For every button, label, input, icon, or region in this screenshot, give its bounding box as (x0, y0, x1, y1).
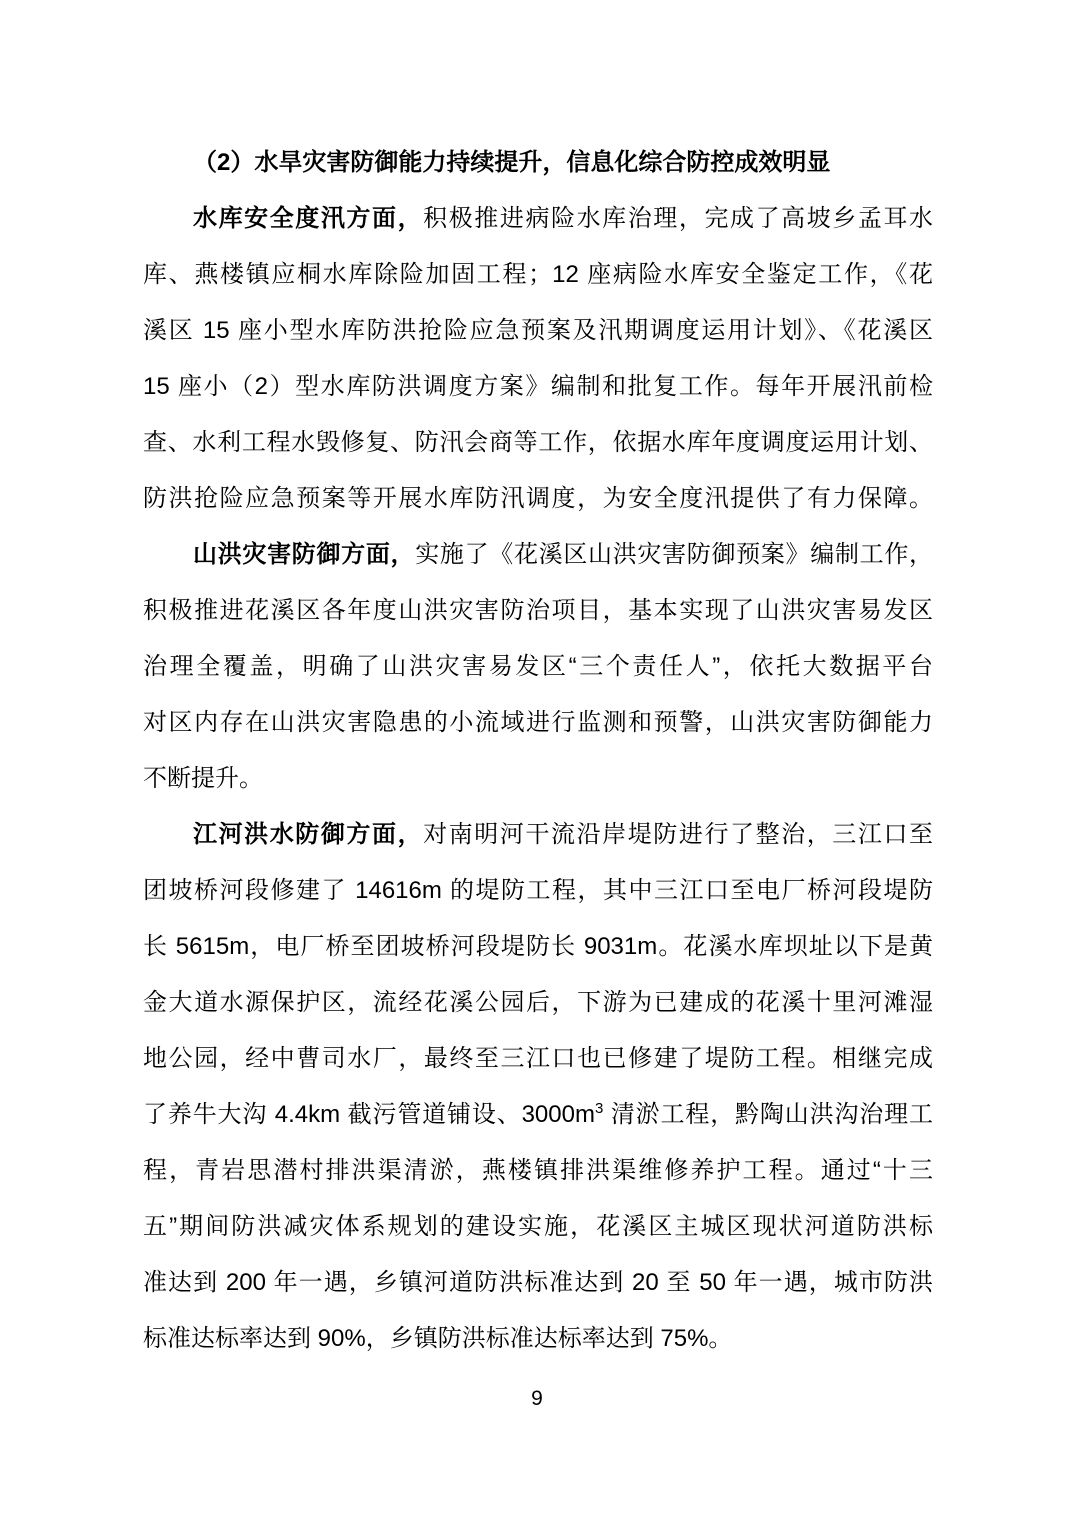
text-line: 不断提升。 (143, 751, 933, 807)
document-body: （2）水旱灾害防御能力持续提升，信息化综合防控成效明显水库安全度汛方面，积极推进… (143, 135, 933, 1367)
text-line: 山洪灾害防御方面，实施了《花溪区山洪灾害防御预案》编制工作， (143, 527, 933, 583)
text-segment: 了养牛大沟 4.4km 截污管道铺设、3000m (143, 1101, 595, 1128)
text-line: 金大道水源保护区，流经花溪公园后，下游为已建成的花溪十里河滩湿 (143, 975, 933, 1031)
text-line: 准达到 200 年一遇，乡镇河道防洪标准达到 20 至 50 年一遇，城市防洪 (143, 1255, 933, 1311)
text-line: 积极推进花溪区各年度山洪灾害防治项目，基本实现了山洪灾害易发区 (143, 583, 933, 639)
text-segment: 治理全覆盖，明确了山洪灾害易发区“三个责任人”，依托大数据平台 (143, 653, 933, 680)
text-segment: 库、燕楼镇应桐水库除险加固工程；12 座病险水库安全鉴定工作，《花 (143, 261, 933, 288)
text-segment: 团坡桥河段修建了 14616m 的堤防工程，其中三江口至电厂桥河段堤防 (143, 877, 933, 904)
text-line: 江河洪水防御方面，对南明河干流沿岸堤防进行了整治，三江口至 (143, 807, 933, 863)
text-line: 五”期间防洪减灾体系规划的建设实施，花溪区主城区现状河道防洪标 (143, 1199, 933, 1255)
text-segment: 溪区 15 座小型水库防洪抢险应急预案及汛期调度运用计划》、《花溪区 (143, 317, 933, 344)
document-page: （2）水旱灾害防御能力持续提升，信息化综合防控成效明显水库安全度汛方面，积极推进… (0, 0, 1074, 1520)
text-line: 了养牛大沟 4.4km 截污管道铺设、3000m3 清淤工程，黔陶山洪沟治理工 (143, 1087, 933, 1143)
bold-text-segment: 江河洪水防御方面， (193, 821, 423, 848)
text-segment: 15 座小（2）型水库防洪调度方案》编制和批复工作。每年开展汛前检 (143, 373, 933, 400)
text-line: 程，青岩思潜村排洪渠清淤，燕楼镇排洪渠维修养护工程。通过“十三 (143, 1143, 933, 1199)
text-line: 防洪抢险应急预案等开展水库防汛调度，为安全度汛提供了有力保障。 (143, 471, 933, 527)
text-line: 治理全覆盖，明确了山洪灾害易发区“三个责任人”，依托大数据平台 (143, 639, 933, 695)
paragraph-section-heading: （2）水旱灾害防御能力持续提升，信息化综合防控成效明显 (143, 135, 933, 191)
bold-text-segment: 水库安全度汛方面， (193, 205, 423, 232)
text-line: （2）水旱灾害防御能力持续提升，信息化综合防控成效明显 (143, 135, 933, 191)
page-number: 9 (0, 1384, 1074, 1414)
text-line: 溪区 15 座小型水库防洪抢险应急预案及汛期调度运用计划》、《花溪区 (143, 303, 933, 359)
text-segment: 积极推进病险水库治理，完成了高坡乡孟耳水 (423, 205, 933, 232)
bold-text-segment: （2）水旱灾害防御能力持续提升，信息化综合防控成效明显 (193, 149, 830, 176)
bold-text-segment: 山洪灾害防御方面， (193, 541, 415, 568)
text-segment: 实施了《花溪区山洪灾害防御预案》编制工作， (415, 541, 933, 568)
text-segment: 查、水利工程水毁修复、防汛会商等工作，依据水库年度调度运用计划、 (143, 429, 933, 456)
text-segment: 程，青岩思潜村排洪渠清淤，燕楼镇排洪渠维修养护工程。通过“十三 (143, 1157, 933, 1184)
text-line: 地公园，经中曹司水厂，最终至三江口也已修建了堤防工程。相继完成 (143, 1031, 933, 1087)
text-segment: 准达到 200 年一遇，乡镇河道防洪标准达到 20 至 50 年一遇，城市防洪 (143, 1269, 933, 1296)
paragraph-reservoir-flood-safety: 水库安全度汛方面，积极推进病险水库治理，完成了高坡乡孟耳水库、燕楼镇应桐水库除险… (143, 191, 933, 527)
text-line: 查、水利工程水毁修复、防汛会商等工作，依据水库年度调度运用计划、 (143, 415, 933, 471)
paragraph-river-flood-defense: 江河洪水防御方面，对南明河干流沿岸堤防进行了整治，三江口至团坡桥河段修建了 14… (143, 807, 933, 1367)
text-segment: 五”期间防洪减灾体系规划的建设实施，花溪区主城区现状河道防洪标 (143, 1213, 933, 1240)
text-segment: 标准达标率达到 90%，乡镇防洪标准达标率达到 75%。 (143, 1325, 732, 1352)
text-segment: 不断提升。 (143, 765, 263, 792)
text-segment: 积极推进花溪区各年度山洪灾害防治项目，基本实现了山洪灾害易发区 (143, 597, 933, 624)
text-line: 水库安全度汛方面，积极推进病险水库治理，完成了高坡乡孟耳水 (143, 191, 933, 247)
text-line: 标准达标率达到 90%，乡镇防洪标准达标率达到 75%。 (143, 1311, 933, 1367)
text-line: 对区内存在山洪灾害隐患的小流域进行监测和预警，山洪灾害防御能力 (143, 695, 933, 751)
text-segment: 地公园，经中曹司水厂，最终至三江口也已修建了堤防工程。相继完成 (143, 1045, 933, 1072)
text-segment: 防洪抢险应急预案等开展水库防汛调度，为安全度汛提供了有力保障。 (143, 485, 933, 512)
text-segment: 清淤工程，黔陶山洪沟治理工 (603, 1101, 933, 1128)
text-segment: 长 5615m，电厂桥至团坡桥河段堤防长 9031m。花溪水库坝址以下是黄 (143, 933, 933, 960)
text-line: 长 5615m，电厂桥至团坡桥河段堤防长 9031m。花溪水库坝址以下是黄 (143, 919, 933, 975)
text-line: 库、燕楼镇应桐水库除险加固工程；12 座病险水库安全鉴定工作，《花 (143, 247, 933, 303)
text-line: 15 座小（2）型水库防洪调度方案》编制和批复工作。每年开展汛前检 (143, 359, 933, 415)
text-segment: 金大道水源保护区，流经花溪公园后，下游为已建成的花溪十里河滩湿 (143, 989, 933, 1016)
paragraph-mountain-torrent-defense: 山洪灾害防御方面，实施了《花溪区山洪灾害防御预案》编制工作，积极推进花溪区各年度… (143, 527, 933, 807)
text-segment: 对南明河干流沿岸堤防进行了整治，三江口至 (423, 821, 933, 848)
text-line: 团坡桥河段修建了 14616m 的堤防工程，其中三江口至电厂桥河段堤防 (143, 863, 933, 919)
text-segment: 对区内存在山洪灾害隐患的小流域进行监测和预警，山洪灾害防御能力 (143, 709, 933, 736)
